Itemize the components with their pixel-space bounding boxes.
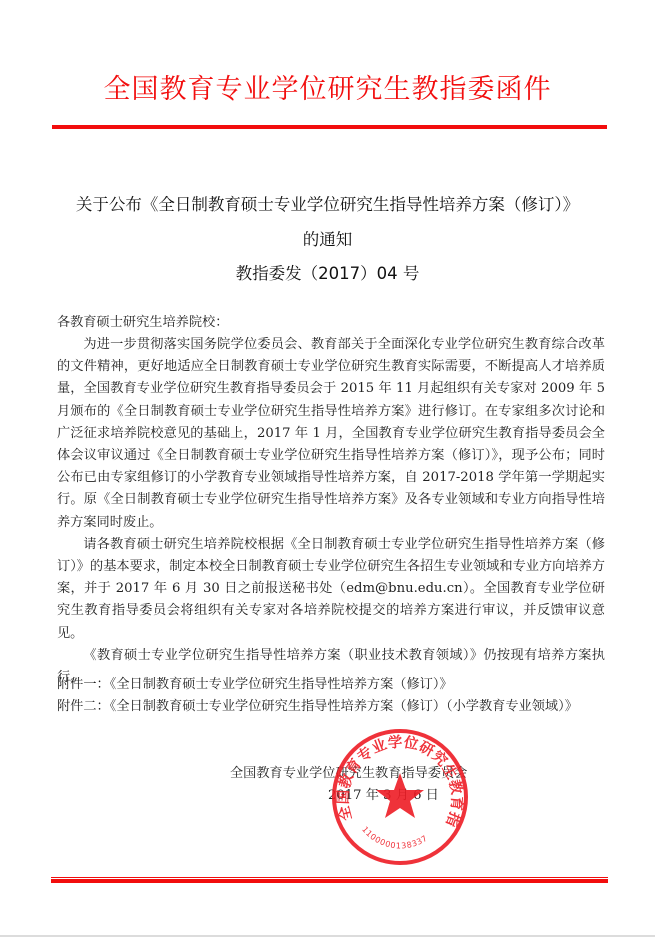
body-paragraphs: 为进一步贯彻落实国务院学位委员会、教育部关于全面深化专业学位研究生教育综合改革的… [57, 334, 605, 689]
notice-title-line2: 的通知 [0, 229, 655, 251]
seal-serial-number: 1100000138337 [360, 825, 429, 851]
attachment-2: 附件二：《全日制教育硕士专业学位研究生指导性培养方案（修订）（小学教育专业领域）… [57, 696, 578, 718]
letterhead-title: 全国教育专业学位研究生教指委函件 [0, 70, 655, 110]
notice-title-line1: 关于公布《全日制教育硕士专业学位研究生指导性培养方案（修订）》 [0, 194, 655, 216]
attachments-list: 附件一：《全日制教育硕士专业学位研究生指导性培养方案（修订）》 附件二：《全日制… [57, 674, 578, 718]
paragraph-1: 为进一步贯彻落实国务院学位委员会、教育部关于全面深化专业学位研究生教育综合改革的… [57, 334, 605, 534]
official-seal-icon: 全国教育专业学位研究生教育指导委员会 1100000138337 [330, 727, 470, 867]
letterhead-divider [52, 125, 607, 129]
attachment-1: 附件一：《全日制教育硕士专业学位研究生指导性培养方案（修订）》 [57, 674, 578, 696]
footer-divider-thin [51, 877, 608, 878]
footer-divider-thick [51, 879, 608, 883]
document-number: 教指委发（2017）04 号 [0, 263, 655, 285]
paragraph-2: 请各教育硕士研究生培养院校根据《全日制教育硕士专业学位研究生指导性培养方案（修订… [57, 534, 605, 645]
svg-text:1100000138337: 1100000138337 [360, 825, 429, 851]
salutation: 各教育硕士研究生培养院校： [57, 312, 228, 334]
